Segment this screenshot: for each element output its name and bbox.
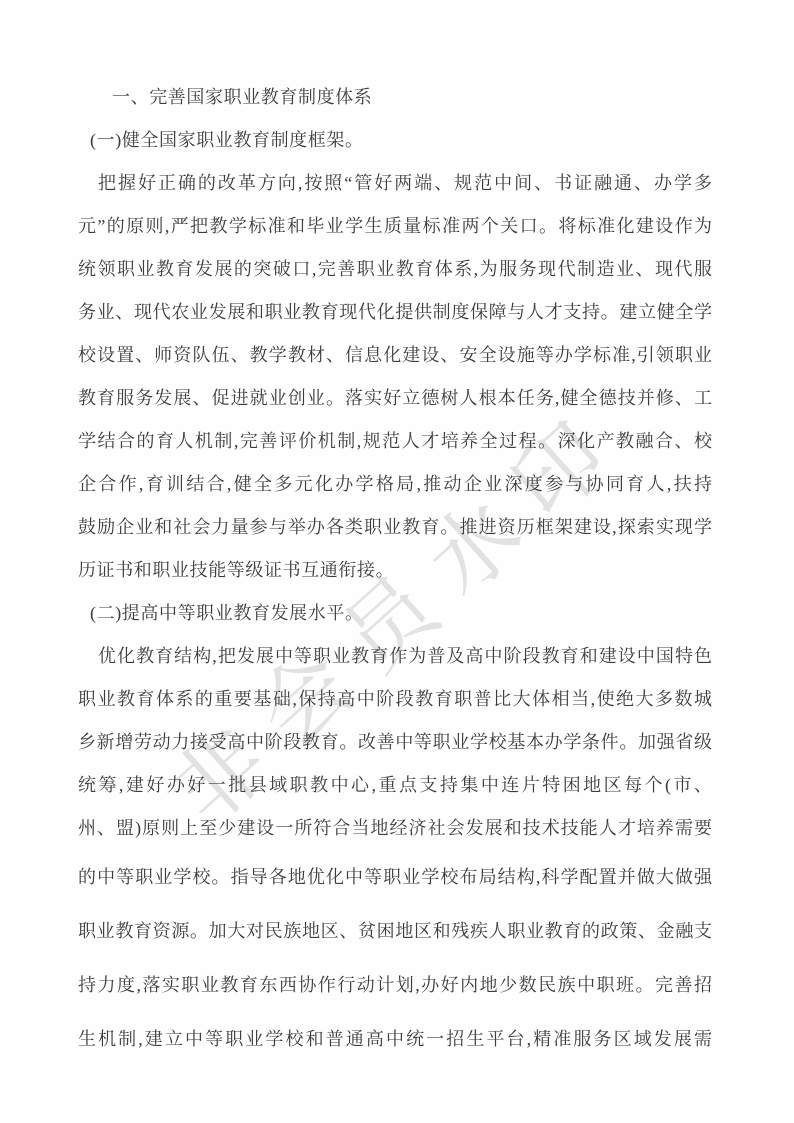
paragraph: 把握好正确的改革方向,按照“管好两端、规范中间、书证融通、办学多元”的原则,严把…	[78, 162, 712, 592]
text-line: 鼓励企业和社会力量参与举办各类职业教育。推进资历框架建设,探索实现学	[78, 506, 712, 549]
text-line: 企合作,育训结合,健全多元化办学格局,推动企业深度参与协同育人,扶持	[78, 463, 712, 506]
text-line: 职业教育资源。加大对民族地区、贫困地区和残疾人职业教育的政策、金融支	[78, 904, 712, 958]
text-line: 学结合的育人机制,完善评价机制,规范人才培养全过程。深化产教融合、校	[78, 420, 712, 463]
text-line: 教育服务发展、促进就业创业。落实好立德树人根本任务,健全德技并修、工	[78, 377, 712, 420]
text-line: (一)健全国家职业教育制度框架。	[78, 119, 712, 162]
heading: (一)健全国家职业教育制度框架。	[78, 119, 712, 162]
text-line: 元”的原则,严把教学标准和毕业学生质量标准两个关口。将标准化建设作为	[78, 205, 712, 248]
heading: 一、完善国家职业教育制度体系	[78, 76, 712, 119]
text-line: 务业、现代农业发展和职业教育现代化提供制度保障与人才支持。建立健全学	[78, 291, 712, 334]
heading: (二)提高中等职业教育发展水平。	[78, 592, 712, 635]
document-page: 非会员水印 一、完善国家职业教育制度体系(一)健全国家职业教育制度框架。把握好正…	[0, 0, 794, 1123]
text-line: (二)提高中等职业教育发展水平。	[78, 592, 712, 635]
text-line: 把握好正确的改革方向,按照“管好两端、规范中间、书证融通、办学多	[78, 162, 712, 205]
text-line: 历证书和职业技能等级证书互通衔接。	[78, 549, 712, 592]
text-line: 持力度,落实职业教育东西协作行动计划,办好内地少数民族中职班。完善招	[78, 958, 712, 1012]
text-line: 州、盟)原则上至少建设一所符合当地经济社会发展和技术技能人才培养需要	[78, 807, 712, 850]
text-line: 的中等职业学校。指导各地优化中等职业学校布局结构,科学配置并做大做强	[78, 850, 712, 904]
paragraph: 优化教育结构,把发展中等职业教育作为普及高中阶段教育和建设中国特色职业教育体系的…	[78, 635, 712, 850]
text-line: 统筹,建好办好一批县域职教中心,重点支持集中连片特困地区每个(市、	[78, 764, 712, 807]
text-line: 乡新增劳动力接受高中阶段教育。改善中等职业学校基本办学条件。加强省级	[78, 721, 712, 764]
text-line: 校设置、师资队伍、教学教材、信息化建设、安全设施等办学标准,引领职业	[78, 334, 712, 377]
document-body: 一、完善国家职业教育制度体系(一)健全国家职业教育制度框架。把握好正确的改革方向…	[78, 76, 712, 1066]
text-line: 优化教育结构,把发展中等职业教育作为普及高中阶段教育和建设中国特色	[78, 635, 712, 678]
paragraph: 的中等职业学校。指导各地优化中等职业学校布局结构,科学配置并做大做强职业教育资源…	[78, 850, 712, 1066]
text-line: 生机制,建立中等职业学校和普通高中统一招生平台,精准服务区域发展需	[78, 1012, 712, 1066]
text-line: 统领职业教育发展的突破口,完善职业教育体系,为服务现代制造业、现代服	[78, 248, 712, 291]
text-line: 一、完善国家职业教育制度体系	[78, 76, 712, 119]
text-line: 职业教育体系的重要基础,保持高中阶段教育职普比大体相当,使绝大多数城	[78, 678, 712, 721]
